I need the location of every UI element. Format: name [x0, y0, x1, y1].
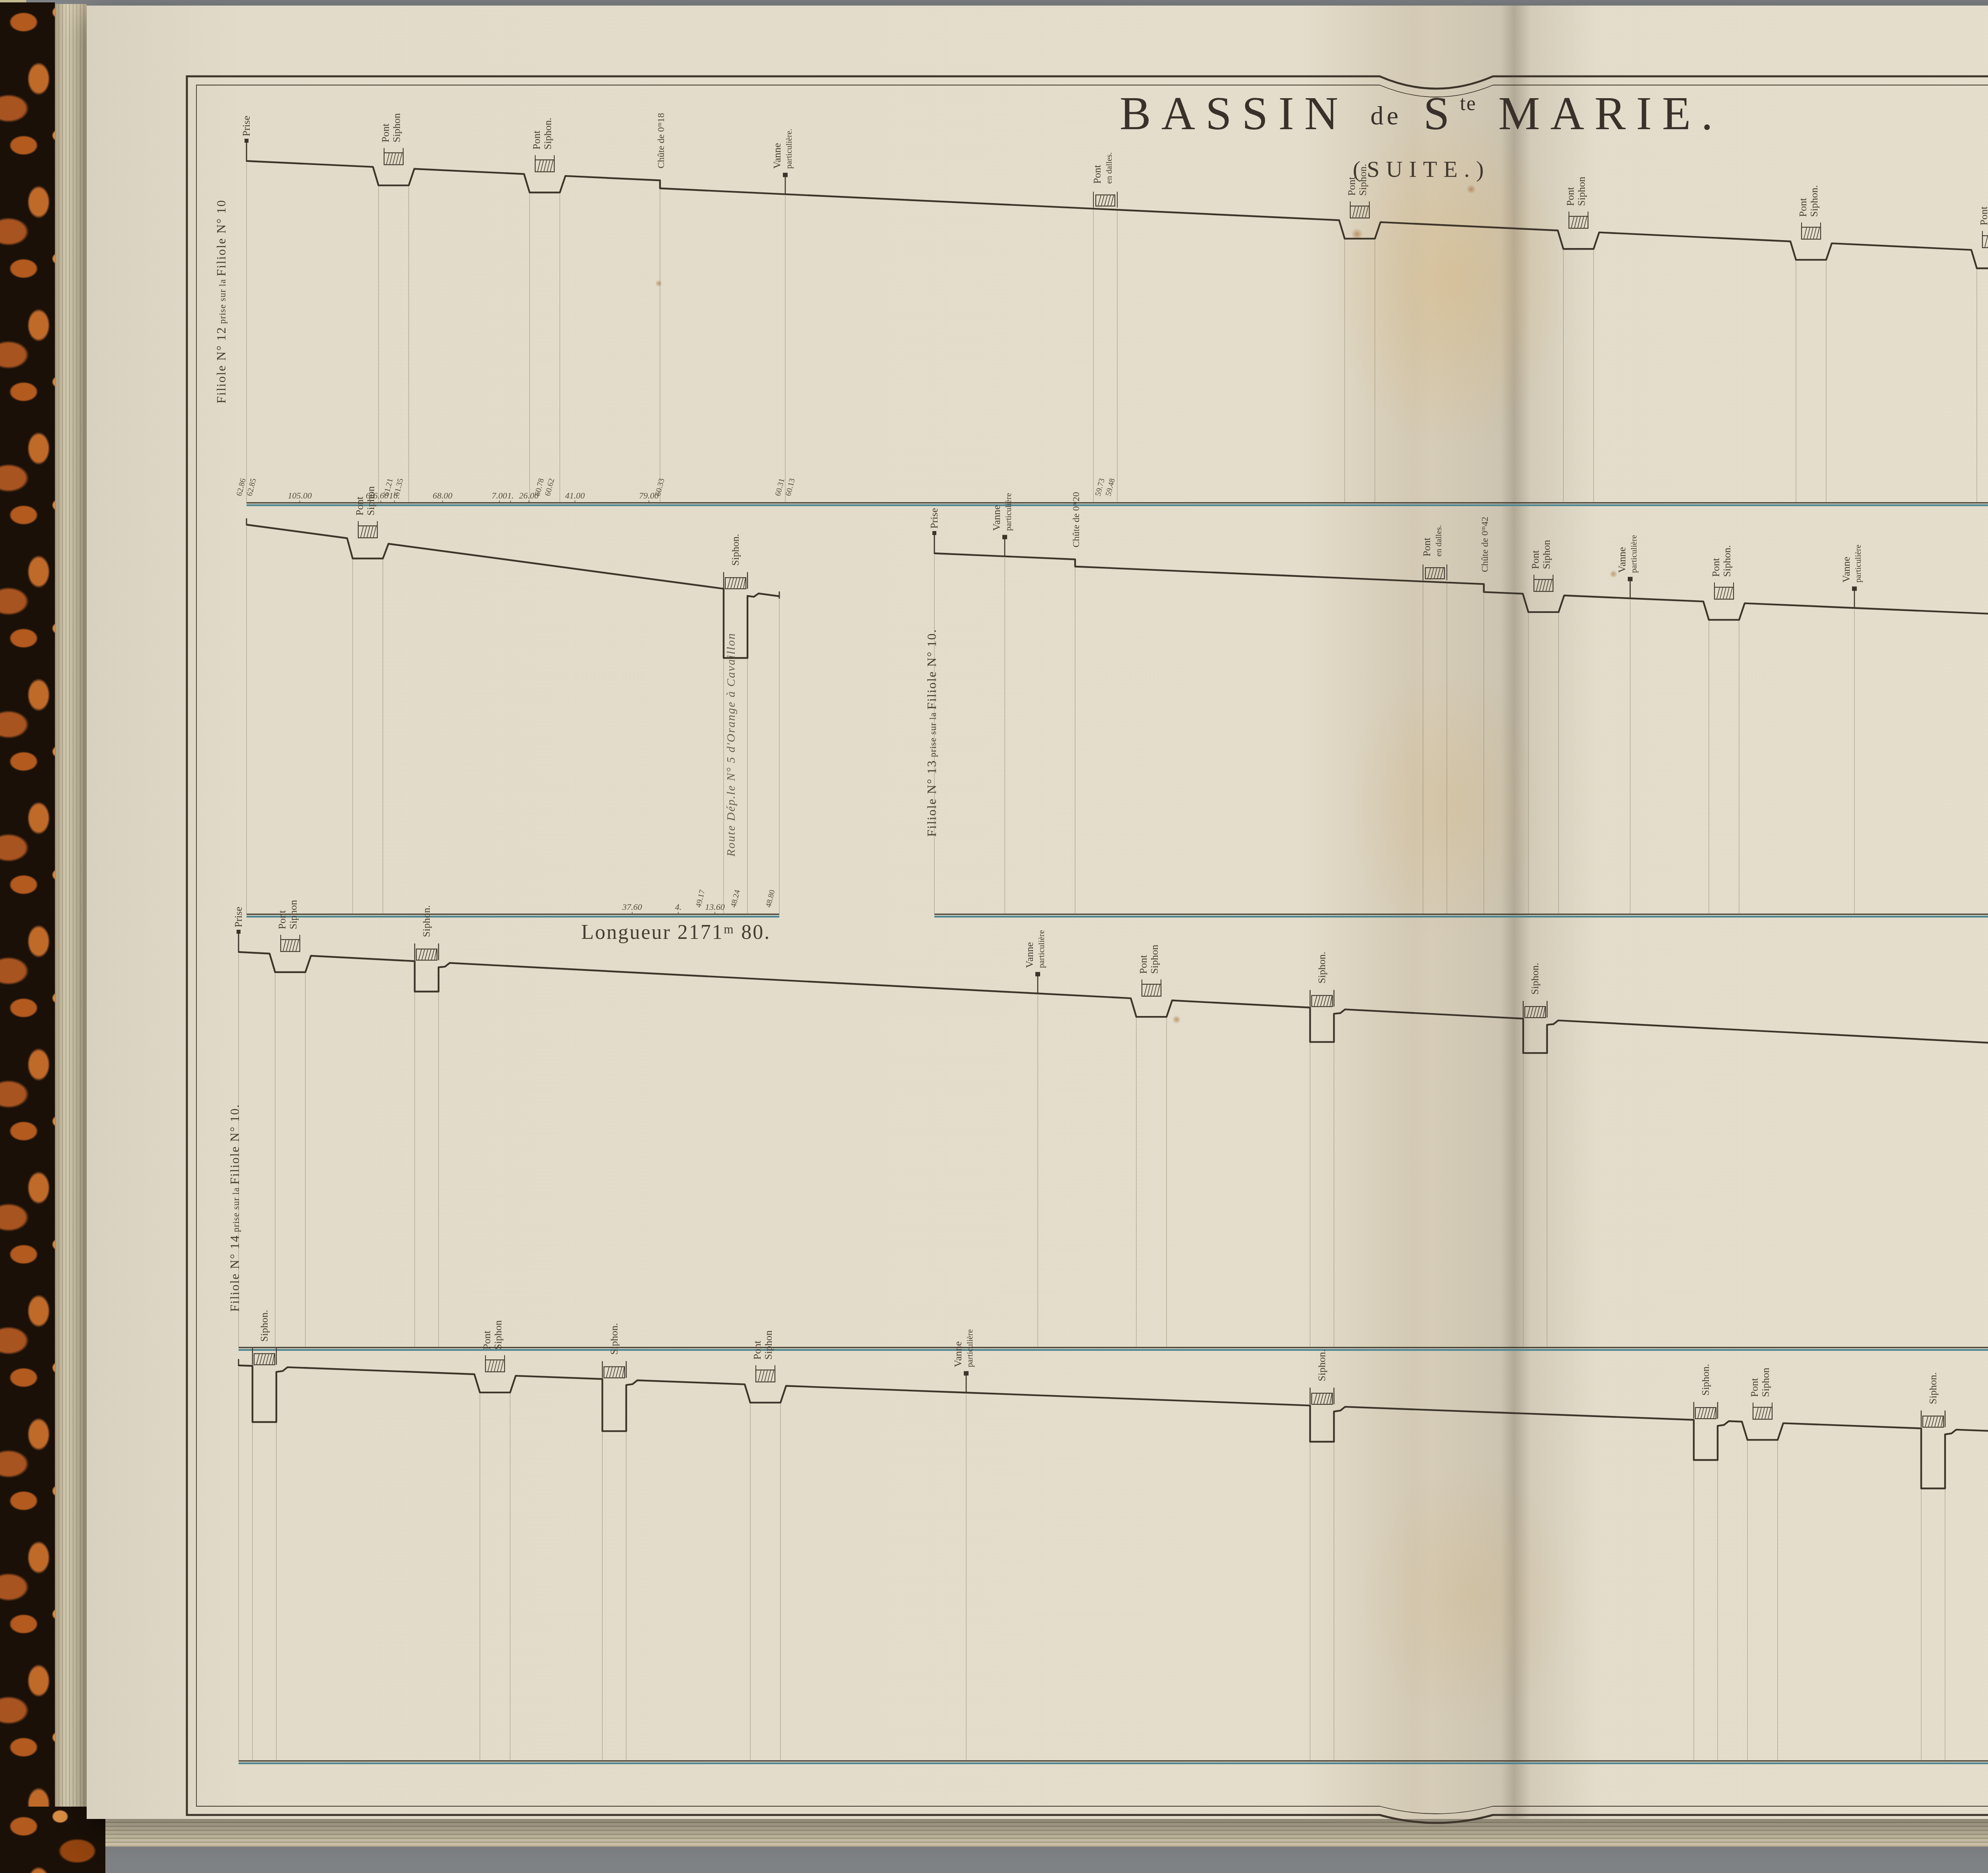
station-siphon: Siphon. [252, 1310, 276, 1365]
station-label: particulière [1004, 493, 1013, 531]
channel-profile-line [247, 525, 779, 658]
station-label: Pont [354, 496, 365, 516]
station-label: particulière [1629, 535, 1639, 573]
station-label: Siphon. [1927, 1372, 1939, 1404]
station-siphon: Siphon. [1921, 1372, 1945, 1427]
station-pont-siphon: PontSiphon [1530, 540, 1553, 591]
station-label: particulière [1853, 545, 1863, 583]
station-siphon: Siphon. [1310, 1349, 1334, 1404]
station-label: Chûte de 0ᵐ42 [1480, 517, 1490, 572]
station-pont-siphon: PontSiphon [1565, 177, 1588, 229]
station-label: Pont [481, 1330, 493, 1349]
profile-filiole-13: PriseVanneparticulièreChûte de 0ᵐ20Ponte… [928, 492, 1988, 949]
station-chute: Chûte de 0ᵐ42 [1480, 517, 1490, 572]
station-label: Pont [1138, 955, 1149, 974]
station-label: Siphon. [1808, 185, 1820, 217]
station-vanne: Vanneparticulière [1840, 545, 1863, 608]
guide-lines [239, 1367, 1988, 1760]
station-label: Vanne [1840, 556, 1852, 582]
profile-drawing: Prise62.8662.85PontSiphon61.2161.35PontS… [0, 0, 1988, 1873]
station-label: Siphon. [258, 1310, 270, 1342]
station-label: Siphon. [1316, 952, 1328, 983]
guide-lines [239, 954, 1988, 1347]
filiole-title-filiole-14-part-1: Filiole N° 14 prise sur la Filiole N° 10… [227, 1104, 242, 1312]
station-label: en dalles. [1434, 525, 1443, 556]
distance-value: 13.60 [705, 902, 725, 912]
station-label: Siphon. [730, 534, 741, 566]
station-pont-siphon: PontSiphon [354, 486, 377, 538]
station-vanne: Vanneparticulière [1024, 930, 1046, 994]
filiole-title-filiole-12-part-1: Filiole N° 12 prise sur la Filiole N° 10 [214, 200, 229, 403]
station-vanne: Vanneparticulière [952, 1329, 975, 1393]
channel-profile-line [934, 553, 1988, 714]
station-label: Chûte de 0ᵐ20 [1071, 492, 1081, 547]
station-chute: Chûte de 0ᵐ20 [1071, 492, 1081, 547]
channel-profile-line [239, 952, 1988, 1130]
station-label: Vanne [1024, 942, 1035, 968]
station-siphon: Siphon. [415, 905, 439, 960]
distance-value: 105.00 [288, 491, 312, 500]
station-pont-siphon: PontSiphon. [1797, 185, 1821, 239]
station-label: Prise [233, 907, 244, 927]
station-label: Siphon. [421, 905, 432, 937]
station-pont-siphon: PontSiphon [1749, 1368, 1772, 1419]
station-pont-siphon: PontSiphon [751, 1330, 775, 1382]
station-label: Pont [1710, 558, 1722, 577]
station-label: Prise [928, 508, 940, 529]
station-label: Siphon [365, 486, 377, 516]
station-label: Pont [1797, 198, 1809, 217]
plate-border-inner [196, 85, 1988, 1814]
station-prise: Prise [928, 508, 940, 554]
distance-value: 16. [389, 491, 400, 500]
station-label: Siphon. [608, 1323, 620, 1355]
distance-value: 1. [507, 491, 514, 500]
distance-value: 68.00 [433, 491, 452, 500]
station-label: particulière [965, 1329, 975, 1367]
station-pont-dalles: Ponten dalles. [1421, 525, 1447, 580]
station-pont-siphon: PontSiphon [276, 900, 300, 952]
channel-profile-line [239, 1365, 1988, 1493]
distance-value: 26.00 [519, 491, 539, 500]
title-bassin: BASSIN [1120, 87, 1349, 140]
station-prise: Prise [233, 907, 244, 953]
title-ste: Ste [1423, 87, 1476, 140]
distance-value: 7.00 [492, 491, 507, 500]
route-note: Route Dép.le N° 5 d'Orange à Cavaillon [724, 632, 738, 857]
station-label: Siphon. [1316, 1349, 1328, 1381]
station-label: Pont [276, 910, 288, 929]
profile-filiole-14-part-1: PrisePontSiphonSiphon.VanneparticulièreP… [233, 900, 1988, 1350]
station-label: Vanne [991, 505, 1002, 531]
plate-subtitle: (SUITE.) [0, 156, 1988, 182]
station-label: Siphon. [1529, 963, 1541, 995]
station-label: Siphon [492, 1320, 504, 1349]
title-marie: MARIE. [1498, 87, 1723, 140]
distance-value: 37.60 [622, 902, 642, 912]
station-label: particulière [1037, 930, 1046, 968]
station-pont-dalles: Ponten dalles.59.7359.48 [1091, 152, 1117, 497]
station-vanne: Vanneparticulière.60.3160.13 [771, 129, 797, 497]
station-vanne: Vanneparticulière [1616, 535, 1639, 599]
station-label: Pont [1530, 550, 1541, 569]
guide-lines [934, 555, 1988, 913]
station-label: Siphon. [1700, 1364, 1711, 1396]
station-label: Vanne [1616, 547, 1628, 573]
profile-filiole-14-part-2: Siphon.PontSiphonSiphon.PontSiphonVannep… [239, 1310, 1988, 1763]
station-pont-siphon: PontSiphon [481, 1320, 505, 1372]
distance-value: 79.00 [639, 491, 659, 500]
station-label: Pont [1565, 187, 1576, 206]
title-de: de [1371, 101, 1402, 130]
elevation-value: 48.80 [764, 889, 777, 908]
station-label: Pont [1978, 206, 1988, 225]
filiole-title-filiole-13: Filiole N° 13 prise sur la Filiole N° 10… [924, 629, 939, 837]
station-pont-siphon: PontSiphon [1138, 944, 1161, 996]
guide-lines [247, 526, 779, 913]
station-label: Siphon [1760, 1368, 1771, 1397]
station-label: Pont [1421, 537, 1433, 556]
station-siphon: Siphon. [1694, 1364, 1718, 1419]
distance-value: 41.00 [565, 491, 585, 500]
station-pont-siphon: PontSiphon [1978, 196, 1988, 248]
station-label: Siphon [1541, 540, 1552, 569]
station-label: Pont [1749, 1378, 1760, 1397]
station-siphon: Siphon. [1310, 952, 1334, 1006]
book-scan: Prise62.8662.85PontSiphon61.2161.35PontS… [0, 0, 1988, 1873]
station-pont-siphon: PontSiphon. [1710, 545, 1734, 599]
elevation-value: 48.24 [729, 889, 742, 908]
station-label: Vanne [952, 1341, 964, 1367]
plate-title: BASSINdeSteMARIE. [0, 87, 1988, 141]
station-label: Siphon [763, 1330, 774, 1360]
station-label: Siphon [1149, 944, 1160, 974]
longueur-label: Longueur 2171ᵐ 80. [581, 921, 771, 944]
guide-lines [247, 163, 1988, 502]
station-label: Siphon. [1721, 545, 1733, 577]
station-label: Pont [751, 1340, 763, 1359]
profile-filiole-12-part-2: PontSiphonSiphon.49.1748.2448.8037.604.1… [247, 486, 779, 944]
station-siphon: Siphon. [1523, 963, 1547, 1018]
station-label: Siphon [287, 900, 299, 929]
distance-value: 4. [675, 902, 682, 912]
